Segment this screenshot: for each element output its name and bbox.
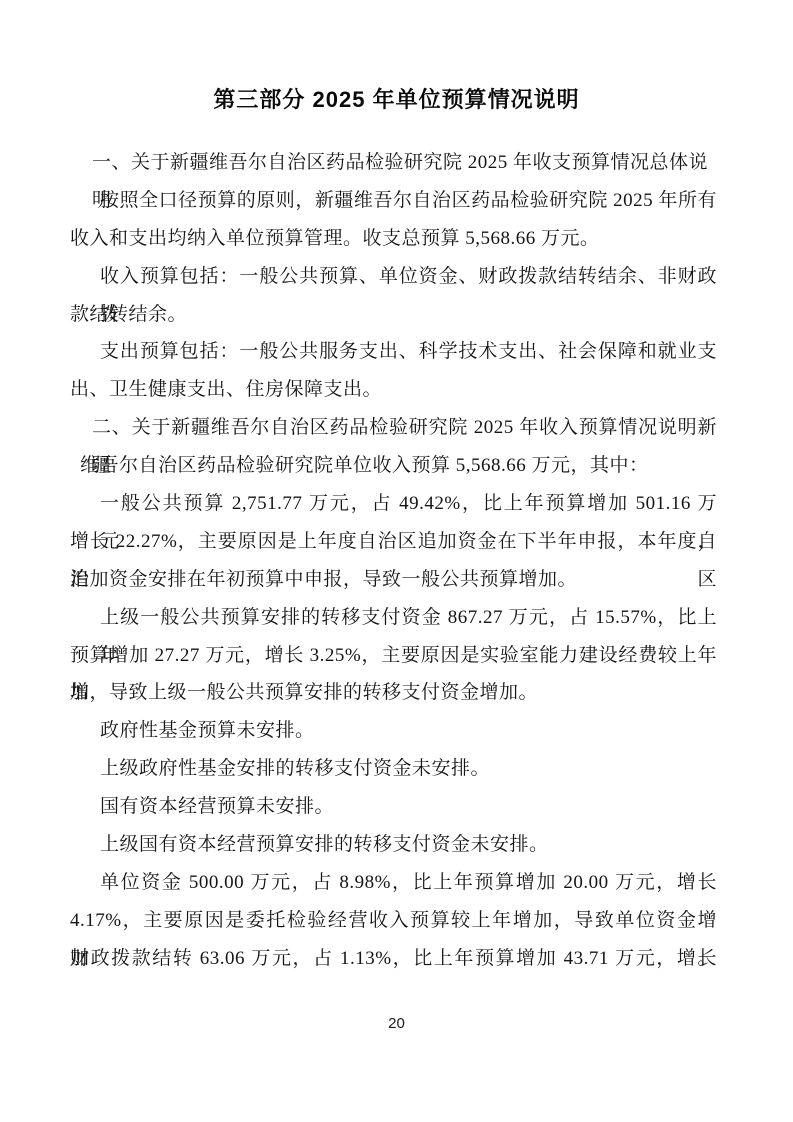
text-line: 上级一般公共预算安排的转移支付资金 867.27 万元，占 15.57%，比上年 (70, 599, 717, 637)
text-line: 单位资金 500.00 万元，占 8.98%，比上年预算增加 20.00 万元，… (70, 864, 717, 902)
document-page: 第三部分 2025 年单位预算情况说明 一、关于新疆维吾尔自治区药品检验研究院 … (0, 0, 793, 1122)
text-line: 一、关于新疆维吾尔自治区药品检验研究院 2025 年收支预算情况总体说明 (70, 144, 717, 182)
text-line: 上级国有资本经营预算安排的转移支付资金未安排。 (70, 826, 717, 864)
text-line: 二、关于新疆维吾尔自治区药品检验研究院 2025 年收入预算情况说明新疆 (70, 409, 717, 447)
text-line: 收入和支出均纳入单位预算管理。收支总预算 5,568.66 万元。 (70, 220, 717, 258)
text-line: 4.17%，主要原因是委托检验经营收入预算较上年增加，导致单位资金增加。 (70, 902, 717, 940)
text-line: 财政拨款结转 63.06 万元，占 1.13%，比上年预算增加 43.71 万元… (70, 940, 717, 978)
text-line: 支出预算包括：一般公共服务支出、科学技术支出、社会保障和就业支 (70, 333, 717, 371)
document-body: 一、关于新疆维吾尔自治区药品检验研究院 2025 年收支预算情况总体说明 按照全… (70, 144, 717, 978)
text-line: 款结转结余。 (70, 296, 717, 334)
text-line: 预算增加 27.27 万元，增长 3.25%，主要原因是实验室能力建设经费较上年… (70, 637, 717, 675)
document-title: 第三部分 2025 年单位预算情况说明 (0, 86, 793, 114)
text-line: 增长 22.27%，主要原因是上年度自治区追加资金在下半年申报，本年度自治区 (70, 523, 717, 561)
text-line: 收入预算包括：一般公共预算、单位资金、财政拨款结转结余、非财政拨 (70, 258, 717, 296)
text-line: 国有资本经营预算未安排。 (70, 788, 717, 826)
text-line: 维吾尔自治区药品检验研究院单位收入预算 5,568.66 万元，其中： (70, 447, 717, 485)
text-line: 加，导致上级一般公共预算安排的转移支付资金增加。 (70, 674, 717, 712)
text-line: 一般公共预算 2,751.77 万元，占 49.42%，比上年预算增加 501.… (70, 485, 717, 523)
text-line: 上级政府性基金安排的转移支付资金未安排。 (70, 750, 717, 788)
text-line: 按照全口径预算的原则，新疆维吾尔自治区药品检验研究院 2025 年所有 (70, 182, 717, 220)
text-line: 出、卫生健康支出、住房保障支出。 (70, 371, 717, 409)
text-line: 政府性基金预算未安排。 (70, 712, 717, 750)
page-number: 20 (0, 1014, 793, 1034)
